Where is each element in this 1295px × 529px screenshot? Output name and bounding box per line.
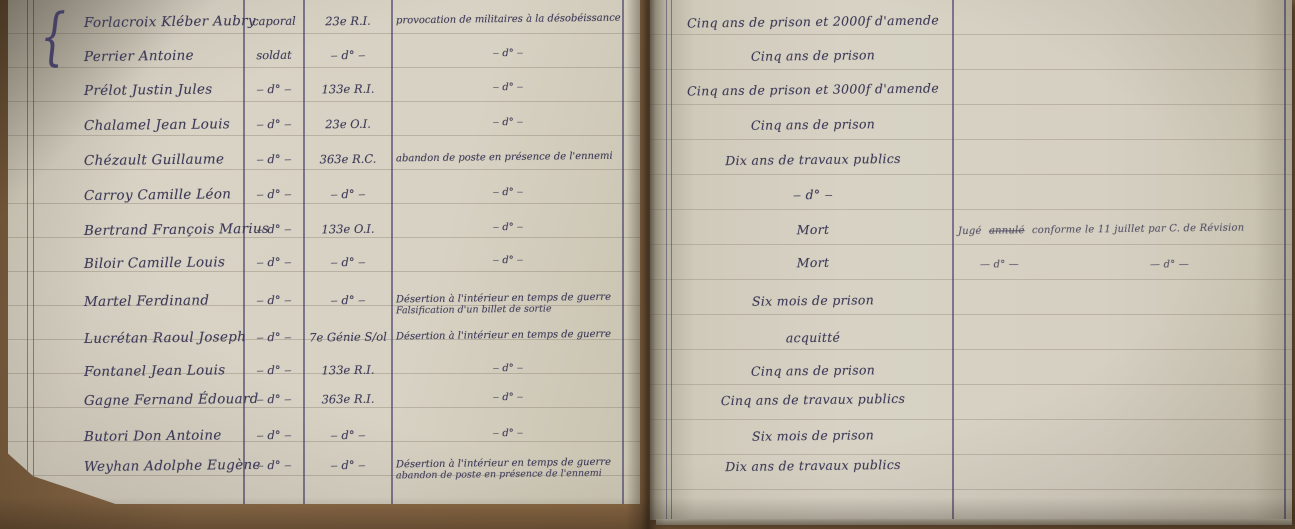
- entry-name: Martel Ferdinand: [84, 292, 256, 310]
- entry-name: Lucrétan Raoul Joseph: [84, 329, 256, 347]
- entry-rank: d°: [246, 187, 302, 202]
- review-note-word: conforme le 11 juillet par C. de Révisio…: [1032, 222, 1244, 236]
- register-photo: {Forlacroix Kléber Aubrycaporal23e R.I.p…: [0, 0, 1295, 529]
- entry-rank: caporal: [246, 14, 302, 29]
- review-note-ditto: — d° —: [1150, 258, 1240, 270]
- entry-name: Chézault Guillaume: [84, 151, 256, 169]
- entry-offense: d°: [396, 254, 620, 268]
- entry-unit: d°: [306, 292, 390, 307]
- entry-unit: d°: [306, 186, 390, 201]
- review-note-word: Jugé: [958, 226, 982, 237]
- entry-unit: d°: [306, 254, 390, 269]
- entry-sentence: Cinq ans de travaux publics: [678, 390, 948, 408]
- entry-unit: d°: [306, 427, 390, 442]
- entry-offense: abandon de poste en présence de l'ennemi: [396, 151, 620, 165]
- entry-offense: d°: [396, 427, 620, 441]
- entry-sentence: Dix ans de travaux publics: [678, 456, 948, 474]
- entry-offense-line2: abandon de poste en présence de l'ennemi: [396, 468, 620, 482]
- entry-name: Fontanel Jean Louis: [84, 362, 256, 380]
- entry-sentence: d°: [678, 185, 948, 203]
- entry-unit: 363e R.I.: [306, 391, 390, 406]
- entry-sentence: Mort: [678, 253, 948, 271]
- entry-sentence: Cinq ans de prison: [678, 361, 948, 379]
- review-note-struck-word: annulé: [989, 225, 1025, 236]
- entry-offense: provocation de militaires à la désobéiss…: [396, 13, 620, 27]
- entry-offense: Désertion à l'intérieur en temps de guer…: [396, 329, 620, 343]
- entry-name: Prélot Justin Jules: [84, 81, 256, 99]
- entry-sentence: acquitté: [678, 328, 948, 346]
- entry-unit: d°: [306, 47, 390, 62]
- entry-offense-line2: Falsification d'un billet de sortie: [396, 303, 620, 317]
- entry-sentence: Cinq ans de prison: [678, 46, 948, 64]
- entry-unit: 23e R.I.: [306, 13, 390, 28]
- entry-name: Perrier Antoine: [84, 47, 256, 65]
- entry-name: Chalamel Jean Louis: [84, 116, 256, 134]
- entry-sentence: Dix ans de travaux publics: [678, 150, 948, 168]
- entry-name: Biloir Camille Louis: [84, 254, 256, 272]
- entry-offense: d°: [396, 391, 620, 405]
- entry-unit: 133e R.I.: [306, 81, 390, 96]
- review-note: Jugé annulé conforme le 11 juillet par C…: [958, 222, 1284, 237]
- entry-name: Carroy Camille Léon: [84, 186, 256, 204]
- entry-name: Weyhan Adolphe Eugène: [84, 457, 256, 475]
- review-note-ditto: — d° —: [980, 258, 1070, 270]
- entry-name: Forlacroix Kléber Aubry: [84, 13, 256, 31]
- handwriting-layer: {Forlacroix Kléber Aubrycaporal23e R.I.p…: [0, 0, 1295, 529]
- entry-sentence: Six mois de prison: [678, 291, 948, 309]
- entry-rank: d°: [246, 82, 302, 97]
- entry-offense: d°: [396, 186, 620, 200]
- entry-rank: d°: [246, 255, 302, 270]
- entry-rank: d°: [246, 458, 302, 473]
- entry-rank: d°: [246, 392, 302, 407]
- entry-rank: soldat: [246, 48, 302, 63]
- entry-rank: d°: [246, 428, 302, 443]
- entry-unit: 7e Génie S/ol: [306, 329, 390, 344]
- entry-sentence: Cinq ans de prison et 2000f d'amende: [678, 12, 948, 30]
- entry-unit: d°: [306, 457, 390, 472]
- entry-offense: d°: [396, 362, 620, 376]
- entry-sentence: Cinq ans de prison: [678, 115, 948, 133]
- entry-sentence: Six mois de prison: [678, 426, 948, 444]
- entry-rank: d°: [246, 222, 302, 237]
- entry-name: Bertrand François Marius: [84, 221, 256, 239]
- entry-unit: 133e R.I.: [306, 362, 390, 377]
- entry-offense: d°: [396, 221, 620, 235]
- entry-sentence: Mort: [678, 220, 948, 238]
- row-group-brace: {: [40, 5, 66, 68]
- entry-offense: d°: [396, 116, 620, 130]
- entry-unit: 363e R.C.: [306, 151, 390, 166]
- entry-name: Gagne Fernand Édouard: [84, 391, 256, 409]
- entry-rank: d°: [246, 293, 302, 308]
- entry-unit: 23e O.I.: [306, 116, 390, 131]
- entry-offense: d°: [396, 81, 620, 95]
- entry-rank: d°: [246, 330, 302, 345]
- entry-rank: d°: [246, 117, 302, 132]
- entry-sentence: Cinq ans de prison et 3000f d'amende: [678, 80, 948, 98]
- entry-offense: d°: [396, 47, 620, 61]
- entry-rank: d°: [246, 363, 302, 378]
- entry-rank: d°: [246, 152, 302, 167]
- entry-unit: 133e O.I.: [306, 221, 390, 236]
- entry-name: Butori Don Antoine: [84, 427, 256, 445]
